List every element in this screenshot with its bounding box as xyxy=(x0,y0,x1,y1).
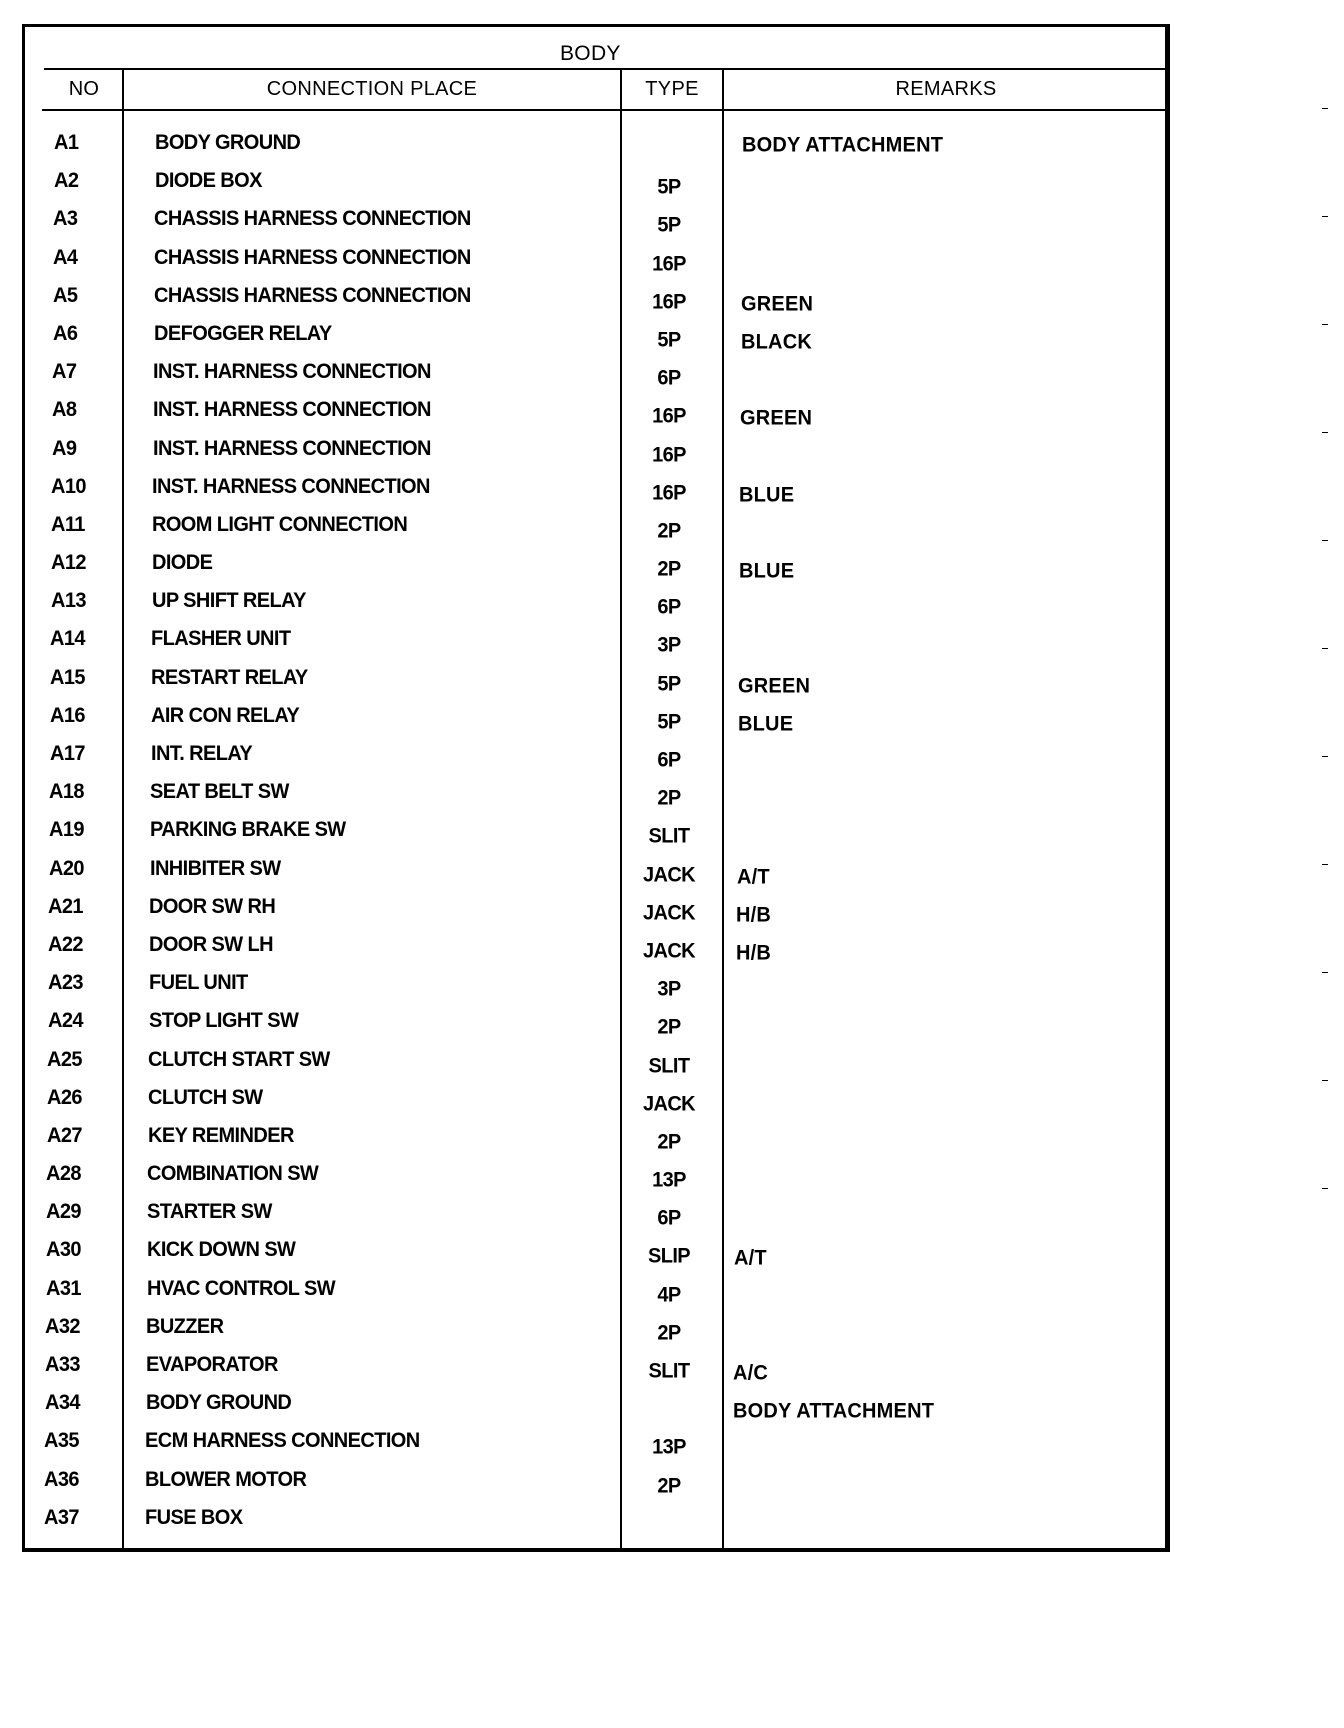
cell-connection-place: FUEL UNIT xyxy=(149,971,248,995)
cell-remarks: BLUE xyxy=(739,560,794,584)
cell-no: A16 xyxy=(50,704,112,728)
cell-type: 5P xyxy=(628,672,710,696)
cell-no: A2 xyxy=(54,170,116,194)
cell-no: A12 xyxy=(51,551,113,575)
table-row: A33EVAPORATORSLITA/C xyxy=(0,1347,1344,1387)
cell-no: A14 xyxy=(50,628,112,652)
cell-connection-place: AIR CON RELAY xyxy=(151,704,299,728)
table-row: A18SEAT BELT SW2P xyxy=(0,774,1344,814)
cell-no: A23 xyxy=(48,971,110,995)
cell-type: 16P xyxy=(628,443,710,467)
cell-no: A22 xyxy=(48,933,110,957)
cell-connection-place: BUZZER xyxy=(146,1315,224,1339)
cell-remarks: GREEN xyxy=(740,407,812,431)
margin-tick xyxy=(1322,108,1328,109)
table-row: A14FLASHER UNIT3P xyxy=(0,621,1344,661)
cell-no: A5 xyxy=(53,284,115,308)
cell-no: A35 xyxy=(44,1430,106,1454)
table-row: A15RESTART RELAY5PGREEN xyxy=(0,660,1344,700)
margin-tick xyxy=(1322,864,1328,865)
cell-type: 3P xyxy=(628,634,710,658)
title-divider xyxy=(44,68,1168,70)
cell-remarks: A/T xyxy=(734,1247,767,1271)
cell-connection-place: FUSE BOX xyxy=(145,1506,242,1530)
cell-type: 13P xyxy=(628,1436,710,1460)
cell-type: 2P xyxy=(628,1321,710,1345)
cell-no: A20 xyxy=(49,857,111,881)
cell-remarks: BLUE xyxy=(738,713,793,737)
cell-connection-place: SEAT BELT SW xyxy=(150,781,289,805)
cell-connection-place: EVAPORATOR xyxy=(146,1353,278,1377)
table-row: A2DIODE BOX5P xyxy=(0,163,1344,203)
cell-no: A13 xyxy=(51,590,113,614)
cell-no: A27 xyxy=(47,1124,109,1148)
table-row: A26CLUTCH SWJACK xyxy=(0,1080,1344,1120)
margin-tick xyxy=(1322,432,1328,433)
cell-no: A11 xyxy=(51,513,113,537)
table-row: A11ROOM LIGHT CONNECTION2P xyxy=(0,507,1344,547)
cell-type: 6P xyxy=(628,367,710,391)
cell-type: JACK xyxy=(628,901,710,925)
cell-no: A10 xyxy=(51,475,113,499)
cell-connection-place: STARTER SW xyxy=(147,1201,272,1225)
cell-no: A9 xyxy=(52,437,114,461)
cell-no: A7 xyxy=(52,360,114,384)
cell-type: 6P xyxy=(628,596,710,620)
cell-no: A8 xyxy=(52,399,114,423)
cell-no: A29 xyxy=(46,1201,108,1225)
section-title: BODY xyxy=(560,42,621,66)
table-row: A9INST. HARNESS CONNECTION16P xyxy=(0,431,1344,471)
cell-type: 13P xyxy=(628,1169,710,1193)
margin-tick xyxy=(1322,1080,1328,1081)
cell-type: 3P xyxy=(628,978,710,1002)
table-row: A4CHASSIS HARNESS CONNECTION16P xyxy=(0,240,1344,280)
cell-no: A4 xyxy=(53,246,115,270)
cell-no: A26 xyxy=(47,1086,109,1110)
cell-type: 16P xyxy=(628,405,710,429)
cell-remarks: GREEN xyxy=(741,292,813,316)
cell-type: 16P xyxy=(628,252,710,276)
cell-no: A17 xyxy=(50,742,112,766)
table-row: A27KEY REMINDER2P xyxy=(0,1118,1344,1158)
margin-tick xyxy=(1322,216,1328,217)
cell-remarks: BODY ATTACHMENT xyxy=(742,133,943,157)
cell-connection-place: HVAC CONTROL SW xyxy=(147,1277,335,1301)
table-row: A1BODY GROUNDBODY ATTACHMENT xyxy=(0,125,1344,165)
cell-connection-place: INST. HARNESS CONNECTION xyxy=(153,360,431,384)
header-connection-place: CONNECTION PLACE xyxy=(124,78,620,101)
cell-type: 2P xyxy=(628,558,710,582)
table-row: A23FUEL UNIT3P xyxy=(0,965,1344,1005)
table-row: A7INST. HARNESS CONNECTION6P xyxy=(0,354,1344,394)
cell-remarks: H/B xyxy=(736,903,771,927)
table-row: A13UP SHIFT RELAY6P xyxy=(0,583,1344,623)
cell-no: A18 xyxy=(49,781,111,805)
table-body: A1BODY GROUNDBODY ATTACHMENTA2DIODE BOX5… xyxy=(0,126,1344,1539)
cell-type: 5P xyxy=(628,214,710,238)
cell-connection-place: INST. HARNESS CONNECTION xyxy=(152,475,430,499)
table-row: A17INT. RELAY6P xyxy=(0,736,1344,776)
cell-connection-place: KICK DOWN SW xyxy=(147,1239,295,1263)
table-row: A3CHASSIS HARNESS CONNECTION5P xyxy=(0,201,1344,241)
cell-no: A31 xyxy=(46,1277,108,1301)
header-remarks: REMARKS xyxy=(724,78,1168,101)
table-row: A28COMBINATION SW13P xyxy=(0,1156,1344,1196)
cell-connection-place: BLOWER MOTOR xyxy=(145,1468,306,1492)
header-type: TYPE xyxy=(622,78,722,101)
cell-remarks: A/C xyxy=(733,1362,768,1386)
cell-no: A21 xyxy=(48,895,110,919)
table-row: A30KICK DOWN SWSLIPA/T xyxy=(0,1232,1344,1272)
cell-connection-place: FLASHER UNIT xyxy=(151,628,290,652)
table-row: A35ECM HARNESS CONNECTION13P xyxy=(0,1423,1344,1463)
cell-connection-place: UP SHIFT RELAY xyxy=(152,590,306,614)
cell-remarks: A/T xyxy=(737,865,770,889)
header-divider xyxy=(42,109,1168,111)
cell-type: 4P xyxy=(628,1283,710,1307)
cell-remarks: BODY ATTACHMENT xyxy=(733,1400,934,1424)
cell-type: 16P xyxy=(628,481,710,505)
cell-no: A34 xyxy=(45,1392,107,1416)
cell-connection-place: DIODE BOX xyxy=(155,170,262,194)
table-row: A29STARTER SW6P xyxy=(0,1194,1344,1234)
cell-connection-place: INST. HARNESS CONNECTION xyxy=(153,399,431,423)
cell-no: A37 xyxy=(44,1506,106,1530)
cell-connection-place: DOOR SW RH xyxy=(149,895,275,919)
table-row: A34BODY GROUNDBODY ATTACHMENT xyxy=(0,1385,1344,1425)
cell-no: A32 xyxy=(45,1315,107,1339)
cell-connection-place: COMBINATION SW xyxy=(147,1162,318,1186)
cell-connection-place: CHASSIS HARNESS CONNECTION xyxy=(154,246,471,270)
cell-type: SLIT xyxy=(628,1360,710,1384)
cell-remarks: BLACK xyxy=(741,331,812,355)
cell-type: SLIP xyxy=(628,1245,710,1269)
cell-connection-place: BODY GROUND xyxy=(146,1392,291,1416)
table-row: A19PARKING BRAKE SWSLIT xyxy=(0,812,1344,852)
cell-no: A1 xyxy=(54,131,116,155)
cell-no: A6 xyxy=(53,322,115,346)
cell-type: 16P xyxy=(628,290,710,314)
margin-tick xyxy=(1322,756,1328,757)
margin-tick xyxy=(1322,648,1328,649)
table-row: A5CHASSIS HARNESS CONNECTION16PGREEN xyxy=(0,278,1344,318)
table-row: A24STOP LIGHT SW2P xyxy=(0,1003,1344,1043)
cell-connection-place: STOP LIGHT SW xyxy=(149,1010,298,1034)
cell-type: JACK xyxy=(628,863,710,887)
cell-connection-place: INST. HARNESS CONNECTION xyxy=(153,437,431,461)
cell-connection-place: ROOM LIGHT CONNECTION xyxy=(152,513,407,537)
cell-connection-place: KEY REMINDER xyxy=(148,1124,294,1148)
cell-type: 5P xyxy=(628,329,710,353)
table-row: A37FUSE BOX xyxy=(0,1500,1344,1540)
cell-connection-place: DIODE xyxy=(152,551,212,575)
table-row: A20INHIBITER SWJACKA/T xyxy=(0,851,1344,891)
cell-type: 2P xyxy=(628,1474,710,1498)
cell-connection-place: ECM HARNESS CONNECTION xyxy=(145,1430,420,1454)
cell-type: 2P xyxy=(628,520,710,544)
cell-no: A15 xyxy=(50,666,112,690)
table-row: A12DIODE2PBLUE xyxy=(0,545,1344,585)
cell-type: 5P xyxy=(628,710,710,734)
cell-no: A28 xyxy=(46,1162,108,1186)
table-row: A8INST. HARNESS CONNECTION16PGREEN xyxy=(0,392,1344,432)
table-row: A32BUZZER2P xyxy=(0,1309,1344,1349)
cell-connection-place: CHASSIS HARNESS CONNECTION xyxy=(154,284,471,308)
cell-remarks: BLUE xyxy=(739,483,794,507)
table-row: A21DOOR SW RHJACKH/B xyxy=(0,889,1344,929)
cell-remarks: GREEN xyxy=(738,674,810,698)
cell-type: SLIT xyxy=(628,1054,710,1078)
table-row: A10INST. HARNESS CONNECTION16PBLUE xyxy=(0,469,1344,509)
cell-connection-place: DEFOGGER RELAY xyxy=(154,322,332,346)
cell-no: A25 xyxy=(47,1048,109,1072)
cell-connection-place: RESTART RELAY xyxy=(151,666,308,690)
margin-tick xyxy=(1322,540,1328,541)
cell-connection-place: INT. RELAY xyxy=(151,742,252,766)
cell-type: 2P xyxy=(628,1131,710,1155)
table-row: A16AIR CON RELAY5PBLUE xyxy=(0,698,1344,738)
cell-no: A33 xyxy=(45,1353,107,1377)
table-row: A31HVAC CONTROL SW4P xyxy=(0,1271,1344,1311)
cell-connection-place: INHIBITER SW xyxy=(150,857,281,881)
cell-connection-place: CLUTCH START SW xyxy=(148,1048,330,1072)
cell-type: 6P xyxy=(628,1207,710,1231)
cell-no: A19 xyxy=(49,819,111,843)
cell-no: A24 xyxy=(48,1010,110,1034)
cell-remarks: H/B xyxy=(736,942,771,966)
cell-type: SLIT xyxy=(628,825,710,849)
cell-type: 2P xyxy=(628,787,710,811)
table-row: A25CLUTCH START SWSLIT xyxy=(0,1042,1344,1082)
cell-no: A3 xyxy=(53,208,115,232)
margin-tick xyxy=(1322,1188,1328,1189)
cell-type: JACK xyxy=(628,940,710,964)
margin-tick xyxy=(1322,324,1328,325)
cell-type: 6P xyxy=(628,749,710,773)
table-row: A22DOOR SW LHJACKH/B xyxy=(0,927,1344,967)
header-no: NO xyxy=(46,78,122,101)
cell-type: JACK xyxy=(628,1092,710,1116)
cell-type: 5P xyxy=(628,176,710,200)
margin-tick xyxy=(1322,972,1328,973)
cell-connection-place: PARKING BRAKE SW xyxy=(150,819,346,843)
cell-no: A30 xyxy=(46,1239,108,1263)
cell-no: A36 xyxy=(44,1468,106,1492)
table-row: A6DEFOGGER RELAY5PBLACK xyxy=(0,316,1344,356)
cell-connection-place: DOOR SW LH xyxy=(149,933,273,957)
cell-connection-place: CHASSIS HARNESS CONNECTION xyxy=(154,208,471,232)
cell-connection-place: BODY GROUND xyxy=(155,131,300,155)
cell-type: 2P xyxy=(628,1016,710,1040)
cell-connection-place: CLUTCH SW xyxy=(148,1086,263,1110)
table-row: A36BLOWER MOTOR2P xyxy=(0,1462,1344,1502)
